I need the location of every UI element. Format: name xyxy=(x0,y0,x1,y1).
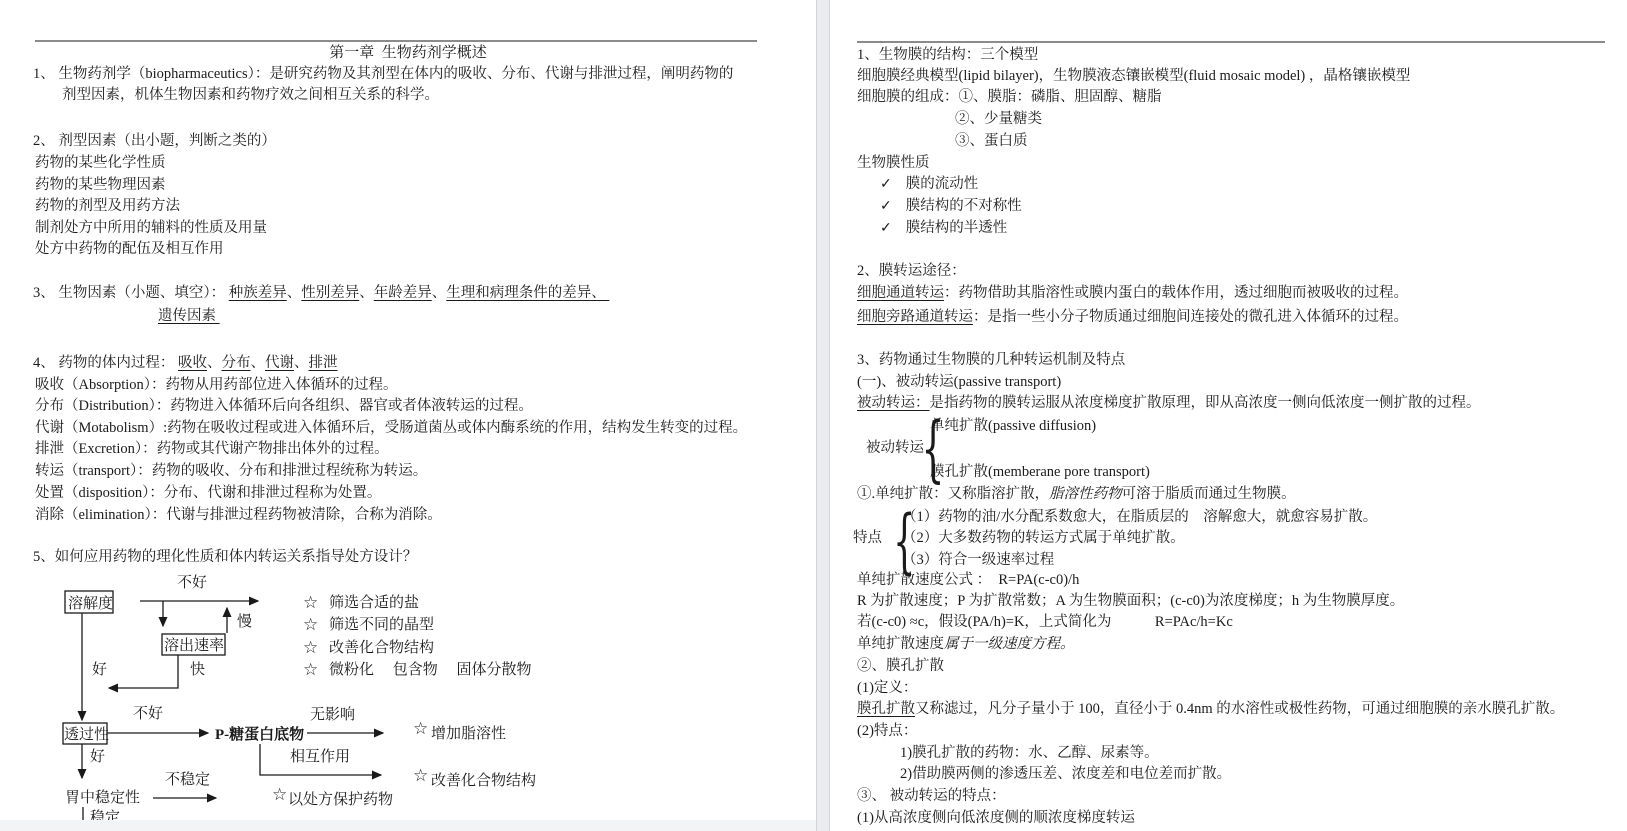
item4-term: 分布 xyxy=(222,355,251,371)
item2-line: 药物的某些物理因素 xyxy=(35,177,166,194)
pore-definition-label: (1)定义： xyxy=(857,680,917,697)
flow-result: 筛选合适的盐 xyxy=(329,593,419,611)
brace-label-passive-transport: 被动转运 xyxy=(866,440,924,457)
simple-diffusion-pre: ①.单纯扩散：又称脂溶扩散， xyxy=(857,486,1049,502)
definition-line: 处置（disposition）：分布、代谢和排泄过程称为处置。 xyxy=(35,485,381,502)
flow-label-slow: 慢 xyxy=(237,613,252,630)
pore-feature-line: 1)膜孔扩散的药物：水、乙醇、尿素等。 xyxy=(900,745,1159,762)
flow-label-unstable: 不稳定 xyxy=(165,771,210,788)
flow-label-bad: 不好 xyxy=(133,705,163,722)
transport-mechanisms-heading: 3、药物通过生物膜的几种转运机制及特点 xyxy=(857,352,1125,369)
property-line: ✓膜结构的不对称性 xyxy=(880,198,1022,215)
passive-transport-term: 被动转运： xyxy=(857,395,930,411)
page2-header-rule xyxy=(857,41,1605,43)
flow-label-interaction: 相互作用 xyxy=(290,748,350,765)
item2-line: 药物的剂型及用药方法 xyxy=(35,198,180,215)
transcellular-line: 细胞通道转运：药物借助其脂溶性或膜内蛋白的载体作用，透过细胞而被吸收的过程。 xyxy=(857,285,1408,302)
definition-line: 分布（Distribution）：药物进入体循环后向各组织、器官或者体液转运的过… xyxy=(35,398,533,415)
definition-line: 转运（transport）：药物的吸收、分布和排泄过程统称为转运。 xyxy=(35,463,427,480)
solubility-label: 溶解度 xyxy=(68,594,113,612)
flow-result: 以处方保护药物 xyxy=(288,790,393,808)
star-icon: ☆ xyxy=(413,766,428,785)
page1-header-rule xyxy=(35,40,757,42)
separator: 、 xyxy=(207,355,222,371)
passive-feature-line: (1)从高浓度侧向低浓度侧的顺浓度梯度转运 xyxy=(857,810,1135,827)
definition-line: 消除（elimination）：代谢与排泄过程药物被清除，合称为消除。 xyxy=(35,507,442,524)
property-text: 膜结构的不对称性 xyxy=(906,198,1022,214)
pore-features-label: (2)特点： xyxy=(857,723,917,740)
pore-definition-line: 膜孔扩散又称滤过，凡分子量小于 100，直径小于 0.4nm 的水溶性或极性药物… xyxy=(857,701,1564,718)
formulation-design-flowchart: 不好 溶解度 慢 溶出速率 ☆ 筛选合适的盐 ☆ 筛选不同的晶型 ☆ 改善化合物… xyxy=(30,560,560,820)
transcellular-def: ：药物借助其脂溶性或膜内蛋白的载体作用，透过细胞而被吸收的过程。 xyxy=(944,285,1408,301)
transport-routes-heading: 2、膜转运途径： xyxy=(857,263,966,280)
item2-line: 处方中药物的配伍及相互作用 xyxy=(35,241,224,258)
page-2: 1、生物膜的结构：三个模型 细胞膜经典模型(lipid bilayer)，生物膜… xyxy=(830,0,1627,831)
check-icon: ✓ xyxy=(880,198,892,215)
simple-diffusion-post: 可溶于脂质而通过生物膜。 xyxy=(1122,486,1296,502)
item4-term: 排泄 xyxy=(309,355,338,371)
membrane-structure-heading: 1、生物膜的结构：三个模型 xyxy=(857,47,1038,64)
lipophilic-drug-italic: 脂溶性药物 xyxy=(1049,486,1122,502)
item3-line2: 遗传因素 xyxy=(158,308,220,325)
permeability-label: 透过性 xyxy=(64,726,109,743)
item1-line1: 1、 生物药剂学（biopharmaceutics）：是研究药物及其剂型在体内的… xyxy=(33,66,733,83)
feature-line: （1）药物的油/水分配系数愈大，在脂质层的 溶解愈大，就愈容易扩散。 xyxy=(902,509,1377,526)
stomach-stability-label: 胃中稳定性 xyxy=(65,789,140,806)
page1-bottom-margin xyxy=(0,820,816,831)
passive-features-heading: ③、 被动转运的特点： xyxy=(857,788,1006,805)
item2-line: 制剂处方中所用的辅料的性质及用量 xyxy=(35,220,267,237)
flow-label-good: 好 xyxy=(92,661,107,678)
flow-label-good: 好 xyxy=(90,748,105,765)
page-1: 第一章 生物药剂学概述 1、 生物药剂学（biopharmaceutics）：是… xyxy=(0,0,816,820)
item4-heading: 4、 药物的体内过程： 吸收、分布、代谢、排泄 xyxy=(33,355,338,372)
passive-transport-def-text: 是指药物的膜转运服从浓度梯度扩散原理，即从高浓度一侧向低浓度一侧扩散的过程。 xyxy=(930,395,1481,411)
membrane-composition-line: 细胞膜的组成：①、膜脂：磷脂、胆固醇、糖脂 xyxy=(857,89,1162,106)
property-text: 膜结构的半透性 xyxy=(906,220,1008,236)
flow-label-noeffect: 无影响 xyxy=(310,706,355,723)
brace-label-features: 特点 xyxy=(853,530,882,547)
item3-prefix: 3、 生物因素（小题、填空）： xyxy=(33,285,229,301)
formula-parameters: R 为扩散速度；P 为扩散常数；A 为生物膜面积；(c-c0)为浓度梯度；h 为… xyxy=(857,593,1404,610)
rate-pre: 单纯扩散速度 xyxy=(857,636,944,652)
flow-result: 改善化合物结构 xyxy=(431,771,536,789)
flow-result: 改善化合物结构 xyxy=(329,638,434,656)
paracellular-def: ：是指一些小分子物质通过细胞间连接处的微孔进入体循环的过程。 xyxy=(973,309,1408,325)
item1-line2: 剂型因素，机体生物因素和药物疗效之间相互关系的科学。 xyxy=(62,87,439,104)
flow-label-bad: 不好 xyxy=(177,574,207,591)
item3-term: 性别差异 xyxy=(301,285,359,301)
star-icon: ☆ xyxy=(303,660,318,679)
item3-term: 种族差异 xyxy=(229,285,287,301)
separator: 、 xyxy=(432,285,447,301)
definition-line: 排泄（Excretion）：药物或其代谢产物排出体外的过程。 xyxy=(35,441,389,458)
feature-line: （2）大多数药物的转运方式属于单纯扩散。 xyxy=(902,530,1185,547)
property-line: ✓膜结构的半透性 xyxy=(880,220,1007,237)
item4-prefix: 4、 药物的体内过程： xyxy=(33,355,178,371)
rate-equation-line: 单纯扩散速度属于一级速度方程。 xyxy=(857,636,1075,653)
paracellular-line: 细胞旁路通道转运：是指一些小分子物质通过细胞间连接处的微孔进入体循环的过程。 xyxy=(857,309,1408,326)
check-icon: ✓ xyxy=(880,176,892,193)
pgp-substrate-label: P-糖蛋白底物 xyxy=(215,725,304,743)
passive-transport-definition: 被动转运：是指药物的膜转运服从浓度梯度扩散原理，即从高浓度一侧向低浓度一侧扩散的… xyxy=(857,395,1481,412)
paracellular-term: 细胞旁路通道转运 xyxy=(857,309,973,325)
star-icon: ☆ xyxy=(303,615,318,634)
flow-result: 筛选不同的晶型 xyxy=(329,615,434,633)
brace-item-simple-diffusion: 单纯扩散(passive diffusion) xyxy=(930,418,1096,435)
dissolution-label: 溶出速率 xyxy=(164,636,224,654)
page-divider xyxy=(816,0,830,831)
check-icon: ✓ xyxy=(880,220,892,237)
formula-simplification: 若(c-c0) ≈c，假设(PA/h)=K，上式简化为 R=PAc/h=Kc xyxy=(857,614,1233,631)
item4-term: 代谢 xyxy=(265,355,294,371)
first-order-italic: 属于一级速度方程。 xyxy=(944,636,1075,652)
pore-diffusion-term: 膜孔扩散 xyxy=(857,701,915,717)
star-icon: ☆ xyxy=(272,785,287,804)
property-line: ✓膜的流动性 xyxy=(880,176,978,193)
item3-term: 年龄差异 xyxy=(374,285,432,301)
flow-label-stable: 稳定 xyxy=(90,809,120,820)
definition-line: 吸收（Absorption）：药物从用药部位进入体循环的过程。 xyxy=(35,377,398,394)
chapter-title: 第一章 生物药剂学概述 xyxy=(0,45,816,62)
membrane-composition-item: ②、少量糖类 xyxy=(955,111,1042,128)
pore-definition-text: 又称滤过，凡分子量小于 100，直径小于 0.4nm 的水溶性或极性药物，可通过… xyxy=(915,701,1564,717)
separator: 、 xyxy=(251,355,266,371)
flow-result: 微粉化 包含物 固体分散物 xyxy=(329,660,532,678)
separator: 、 xyxy=(287,285,302,301)
passive-transport-subheading: (一)、被动转运(passive transport) xyxy=(857,374,1061,391)
item2-line: 药物的某些化学性质 xyxy=(35,155,166,172)
item3-term: 遗传因素 xyxy=(158,308,220,324)
transcellular-term: 细胞通道转运 xyxy=(857,285,944,301)
item3-line1: 3、 生物因素（小题、填空）： 种族差异、性别差异、年龄差异、生理和病理条件的差… xyxy=(33,285,609,302)
star-icon: ☆ xyxy=(303,638,318,657)
separator: 、 xyxy=(359,285,374,301)
pore-feature-line: 2)借助膜两侧的渗透压差、浓度差和电位差而扩散。 xyxy=(900,766,1231,783)
simple-diffusion-line: ①.单纯扩散：又称脂溶扩散，脂溶性药物可溶于脂质而通过生物膜。 xyxy=(857,486,1296,503)
membrane-composition-item: ③、蛋白质 xyxy=(955,133,1028,150)
star-icon: ☆ xyxy=(303,593,318,612)
diffusion-rate-formula: 单纯扩散速度公式 ： R=PA(c-c0)/h xyxy=(857,572,1079,589)
item3-term: 生理和病理条件的差异、 xyxy=(446,285,609,301)
star-icon: ☆ xyxy=(413,719,428,738)
item2-heading: 2、 剂型因素（出小题，判断之类的） xyxy=(33,133,276,150)
item4-term: 吸收 xyxy=(178,355,207,371)
property-text: 膜的流动性 xyxy=(906,176,979,192)
brace-item-pore-transport: 膜孔扩散(memberane pore transport) xyxy=(930,464,1150,481)
flow-label-fast: 快 xyxy=(190,661,205,678)
flow-result: 增加脂溶性 xyxy=(431,725,506,742)
document-viewer[interactable]: { "page1": { "title": "第一章 生物药剂学概述", "it… xyxy=(0,0,1627,831)
pore-diffusion-heading: ②、膜孔扩散 xyxy=(857,658,944,675)
feature-line: （3）符合一级速率过程 xyxy=(902,552,1054,569)
membrane-models-line: 细胞膜经典模型(lipid bilayer)，生物膜液态镶嵌模型(fluid m… xyxy=(857,68,1410,85)
separator: 、 xyxy=(294,355,309,371)
membrane-properties-heading: 生物膜性质 xyxy=(857,155,930,172)
definition-line: 代谢（Motabolism）:药物在吸收过程或进入体循环后，受肠道菌丛或体内酶系… xyxy=(35,420,747,437)
